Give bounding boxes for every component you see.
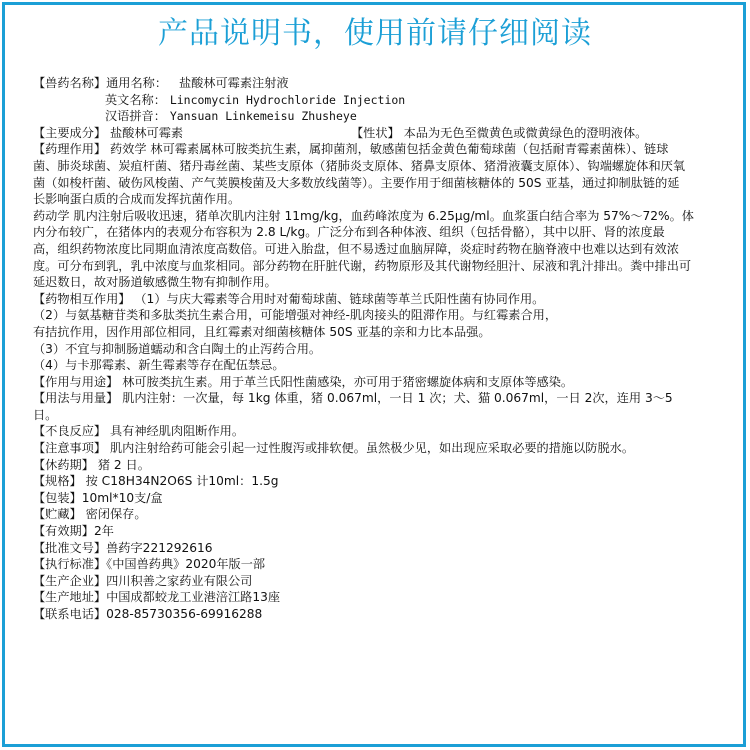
approval-number-label: 【批准文号】	[33, 541, 106, 555]
manufacturer-row: 【生产企业】四川积善之家药业有限公司	[33, 573, 733, 590]
pharmacokinetics-line: 延迟数日，故对肠道敏感微生物有抑制作用。	[33, 274, 733, 291]
phone-label: 【联系电话】	[33, 607, 106, 621]
interactions-line: （2）与氨基糖苷类和多肽类抗生素合用，可能增强对神经-肌肉接头的阻滞作用。与红霉…	[33, 307, 733, 324]
appearance-value: 本品为无色至微黄色或微黄绿色的澄明液体。	[404, 126, 648, 140]
name-section-label: 【兽药名称】	[33, 76, 106, 90]
pinyin-name-value: Yansuan Linkemeisu Zhusheye	[170, 109, 357, 123]
interactions-line: 有拮抗作用，因作用部位相同，且红霉素对细菌核糖体 50S 亚基的亲和力比本品强。	[33, 324, 733, 341]
address-label: 【生产地址】	[33, 590, 106, 604]
storage-value: 密闭保存。	[86, 507, 147, 521]
interactions-row: 【药物相互作用】 （1）与庆大霉素等合用时对葡萄球菌、链球菌等革兰氏阳性菌有协同…	[33, 291, 733, 308]
name-generic-row: 【兽药名称】通用名称： 盐酸林可霉素注射液	[33, 75, 733, 92]
storage-row: 【贮藏】 密闭保存。	[33, 506, 733, 523]
interactions-line: （4）与卡那霉素、新生霉素等存在配伍禁忌。	[33, 357, 733, 374]
pharmacokinetics-line: 药动学 肌内注射后吸收迅速，猪单次肌内注射 11mg/kg，血药峰浓度为 6.2…	[33, 208, 733, 225]
address-row: 【生产地址】中国成都蛟龙工业港涪江路13座	[33, 589, 733, 606]
pharmacology-line: 菌、肺炎球菌、炭疽杆菌、猪丹毒丝菌、某些支原体（猪肺炎支原体、猪鼻支原体、猪滑液…	[33, 158, 733, 175]
indications-row: 【作用与用途】 林可胺类抗生素。用于革兰氏阳性菌感染，亦可用于猪密螺旋体病和支原…	[33, 374, 733, 391]
packaging-value: 10ml*10支/盒	[82, 491, 163, 505]
adverse-reactions-row: 【不良反应】 具有神经肌肉阻断作用。	[33, 423, 733, 440]
manufacturer-value: 四川积善之家药业有限公司	[106, 574, 252, 588]
withdrawal-value: 猪 2 日。	[98, 458, 150, 472]
precautions-row: 【注意事项】 肌内注射给药可能会引起一过性腹泻或排软便。虽然极少见，如出现应采取…	[33, 440, 733, 457]
pharmacology-line: 药效学 林可霉素属林可胺类抗生素，属抑菌剂，敏感菌包括金黄色葡萄球菌（包括耐青霉…	[110, 142, 668, 156]
pharmacokinetics-line: 高，组织药物浓度比同期血清浓度高数倍。可进入胎盘，但不易透过血脑屏障，炎症时药物…	[33, 241, 733, 258]
ingredients-label: 【主要成分】	[33, 126, 106, 140]
withdrawal-row: 【休药期】 猪 2 日。	[33, 457, 733, 474]
standard-label: 【执行标准】	[33, 557, 106, 571]
dosage-row: 【用法与用量】 肌内注射：一次量，每 1kg 体重，猪 0.067ml，一日 1…	[33, 390, 733, 407]
standard-value: 《中国兽药典》2020年版一部	[106, 557, 265, 571]
pharmacology-line: 菌（如梭杆菌、破伤风梭菌、产气荚膜梭菌及大多数放线菌等）。主要作用于细菌核糖体的…	[33, 175, 733, 192]
ingredients-value: 盐酸林可霉素	[110, 126, 183, 140]
name-english-row: 英文名称： Lincomycin Hydrochloride Injection	[33, 92, 733, 109]
shelf-life-row: 【有效期】2年	[33, 523, 733, 540]
approval-number-value: 兽药字221292616	[106, 541, 212, 555]
interactions-label: 【药物相互作用】	[33, 292, 131, 306]
specification-row: 【规格】 按 C18H34N2O6S 计10ml：1.5g	[33, 473, 733, 490]
name-pinyin-row: 汉语拼音： Yansuan Linkemeisu Zhusheye	[33, 108, 733, 125]
dosage-line: 肌内注射：一次量，每 1kg 体重，猪 0.067ml，一日 1 次；犬、猫 0…	[122, 391, 672, 405]
pharmacokinetics-line: 度。可分布到乳，乳中浓度与血浆相同。部分药物在肝脏代谢，药物原形及其代谢物经胆汁…	[33, 258, 733, 275]
precautions-label: 【注意事项】	[33, 441, 106, 455]
english-name-value: Lincomycin Hydrochloride Injection	[170, 93, 405, 107]
pharmacology-label: 【药理作用】	[33, 142, 106, 156]
manufacturer-label: 【生产企业】	[33, 574, 106, 588]
approval-number-row: 【批准文号】兽药字221292616	[33, 540, 733, 557]
precautions-value: 肌内注射给药可能会引起一过性腹泻或排软便。虽然极少见，如出现应采取必要的措施以防…	[110, 441, 634, 455]
appearance-label: 【性状】	[351, 126, 400, 140]
specification-label: 【规格】	[33, 474, 82, 488]
shelf-life-label: 【有效期】	[33, 524, 94, 538]
generic-name-label: 通用名称：	[106, 76, 167, 90]
shelf-life-value: 2年	[94, 524, 114, 538]
adverse-reactions-value: 具有神经肌肉阻断作用。	[110, 424, 244, 438]
withdrawal-label: 【休药期】	[33, 458, 94, 472]
generic-name-value: 盐酸林可霉素注射液	[179, 76, 289, 90]
dosage-line: 日。	[33, 407, 733, 424]
pharmacology-line: 长影响蛋白质的合成而发挥抗菌作用。	[33, 191, 733, 208]
phone-value: 028-85730356-69916288	[106, 607, 262, 621]
instructions-body: 【兽药名称】通用名称： 盐酸林可霉素注射液 英文名称： Lincomycin H…	[33, 75, 733, 623]
ingredients-row: 【主要成分】 盐酸林可霉素 【性状】 本品为无色至微黄色或微黄绿色的澄明液体。	[33, 125, 733, 142]
phone-row: 【联系电话】028-85730356-69916288	[33, 606, 733, 623]
indications-label: 【作用与用途】	[33, 375, 118, 389]
dosage-label: 【用法与用量】	[33, 391, 118, 405]
interactions-line: （1）与庆大霉素等合用时对葡萄球菌、链球菌等革兰氏阳性菌有协同作用。	[134, 292, 544, 306]
english-name-label: 英文名称：	[105, 93, 166, 107]
indications-value: 林可胺类抗生素。用于革兰氏阳性菌感染，亦可用于猪密螺旋体病和支原体等感染。	[122, 375, 573, 389]
interactions-line: （3）不宜与抑制肠道蠕动和含白陶土的止泻药合用。	[33, 341, 733, 358]
specification-value: 按 C18H34N2O6S 计10ml：1.5g	[86, 474, 279, 488]
pharmacology-row: 【药理作用】 药效学 林可霉素属林可胺类抗生素，属抑菌剂，敏感菌包括金黄色葡萄球…	[33, 141, 733, 158]
pinyin-name-label: 汉语拼音：	[105, 109, 166, 123]
storage-label: 【贮藏】	[33, 507, 82, 521]
pharmacokinetics-line: 内分布较广，在猪体内的表观分布容积为 2.8 L/kg。广泛分布到各种体液、组织…	[33, 224, 733, 241]
standard-row: 【执行标准】《中国兽药典》2020年版一部	[33, 556, 733, 573]
adverse-reactions-label: 【不良反应】	[33, 424, 106, 438]
packaging-label: 【包装】	[33, 491, 82, 505]
packaging-row: 【包装】10ml*10支/盒	[33, 490, 733, 507]
page-title: 产品说明书，使用前请仔细阅读	[0, 14, 750, 54]
address-value: 中国成都蛟龙工业港涪江路13座	[106, 590, 280, 604]
